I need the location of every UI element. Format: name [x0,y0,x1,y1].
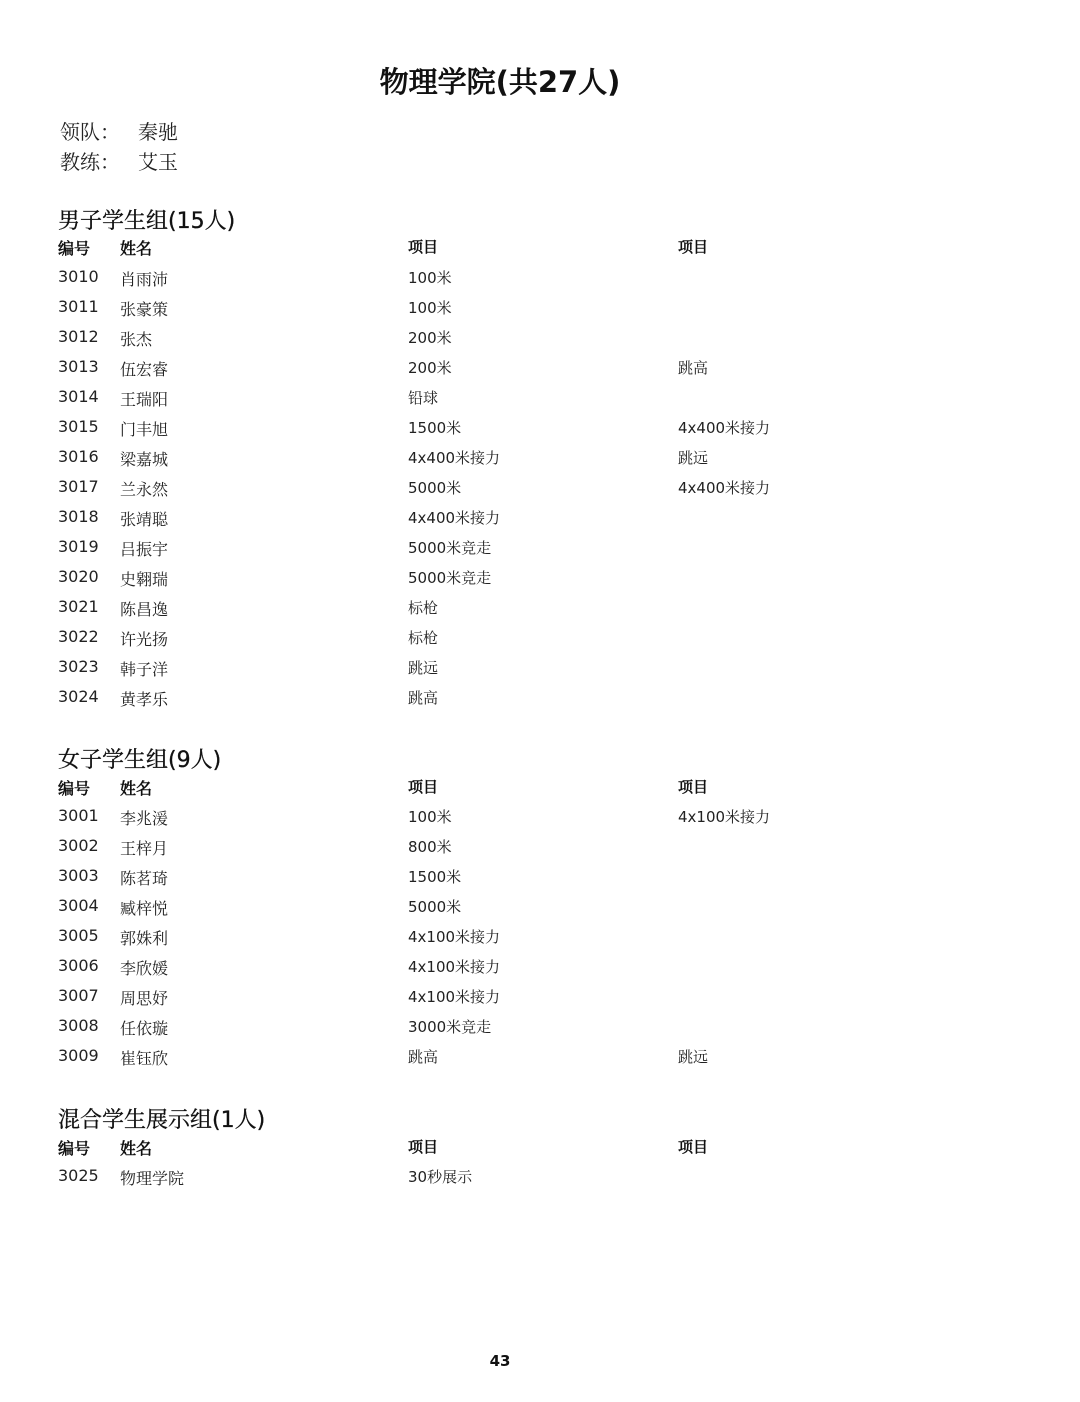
row-name: 李欣媛 [120,956,168,979]
table-row: 3002王梓月800米 [0,836,1080,866]
table-row: 3012张杰200米 [0,327,1080,357]
row-event1: 5000米竞走 [408,537,491,558]
row-name: 张靖聪 [120,507,168,530]
row-id: 3023 [58,657,99,676]
row-event1: 铅球 [408,387,438,408]
table-row: 3010肖雨沛100米 [0,267,1080,297]
row-event1: 200米 [408,357,452,378]
row-event1: 标枪 [408,627,438,648]
row-id: 3022 [58,627,99,646]
row-name: 伍宏睿 [120,357,168,380]
col-id: 编号 [58,236,90,259]
col-name: 姓名 [120,236,152,259]
section-title-mixed: 混合学生展示组(1人) [58,1103,265,1134]
row-event1: 100米 [408,806,452,827]
table-row: 3025物理学院30秒展示 [0,1166,1080,1196]
row-name: 兰永然 [120,477,168,500]
row-id: 3016 [58,447,99,466]
row-name: 张豪策 [120,297,168,320]
table-row: 3015门丰旭1500米4x400米接力 [0,417,1080,447]
table-row: 3011张豪策100米 [0,297,1080,327]
col-name: 姓名 [120,776,152,799]
col-id: 编号 [58,776,90,799]
table-row: 3007周思妤4x100米接力 [0,986,1080,1016]
row-name: 梁嘉城 [120,447,168,470]
page-number: 43 [0,1352,1000,1370]
row-id: 3013 [58,357,99,376]
row-event1: 5000米 [408,477,461,498]
col-event2: 项目 [678,776,708,797]
row-name: 周思妤 [120,986,168,1009]
row-id: 3021 [58,597,99,616]
row-event1: 跳高 [408,687,438,708]
row-name: 史翱瑞 [120,567,168,590]
row-name: 韩子洋 [120,657,168,680]
table-row: 3016梁嘉城4x400米接力跳远 [0,447,1080,477]
table-row: 3021陈昌逸标枪 [0,597,1080,627]
row-id: 3019 [58,537,99,556]
section-title-female: 女子学生组(9人) [58,743,221,774]
coach-name: 艾玉 [138,150,178,174]
row-event1: 100米 [408,267,452,288]
row-id: 3004 [58,896,99,915]
table-row: 3003陈茗琦1500米 [0,866,1080,896]
row-event2: 跳远 [678,1046,708,1067]
table-row: 3009崔钰欣跳高跳远 [0,1046,1080,1076]
row-id: 3005 [58,926,99,945]
table-row: 3001李兆湲100米4x100米接力 [0,806,1080,836]
table-row: 3013伍宏睿200米跳高 [0,357,1080,387]
col-name: 姓名 [120,1136,152,1159]
row-event1: 5000米 [408,896,461,917]
row-id: 3012 [58,327,99,346]
row-id: 3015 [58,417,99,436]
row-id: 3014 [58,387,99,406]
row-event1: 4x400米接力 [408,447,500,468]
row-event1: 4x400米接力 [408,507,500,528]
row-id: 3011 [58,297,99,316]
row-event1: 4x100米接力 [408,986,500,1007]
table-row: 3023韩子洋跳远 [0,657,1080,687]
table-header: 编号 姓名 项目 项目 [0,236,1080,266]
table-header: 编号 姓名 项目 项目 [0,776,1080,806]
row-id: 3006 [58,956,99,975]
row-name: 任依璇 [120,1016,168,1039]
row-id: 3024 [58,687,99,706]
row-name: 臧梓悦 [120,896,168,919]
row-name: 崔钰欣 [120,1046,168,1069]
row-name: 张杰 [120,327,152,350]
col-event1: 项目 [408,776,438,797]
row-event1: 100米 [408,297,452,318]
row-name: 许光扬 [120,627,168,650]
leader-line: 领队：秦驰 [60,116,178,145]
row-id: 3008 [58,1016,99,1035]
section-title-male: 男子学生组(15人) [58,204,235,235]
leader-name: 秦驰 [138,120,178,144]
row-id: 3009 [58,1046,99,1065]
leader-label: 领队： [60,116,138,145]
row-event2: 跳高 [678,357,708,378]
table-row: 3017兰永然5000米4x400米接力 [0,477,1080,507]
table-row: 3006李欣媛4x100米接力 [0,956,1080,986]
row-name: 陈茗琦 [120,866,168,889]
row-id: 3007 [58,986,99,1005]
row-id: 3010 [58,267,99,286]
row-event1: 4x100米接力 [408,956,500,977]
row-event2: 4x400米接力 [678,417,770,438]
row-name: 王瑞阳 [120,387,168,410]
row-id: 3025 [58,1166,99,1185]
row-name: 陈昌逸 [120,597,168,620]
row-name: 门丰旭 [120,417,168,440]
table-row: 3024黄孝乐跳高 [0,687,1080,717]
table-header: 编号 姓名 项目 项目 [0,1136,1080,1166]
row-name: 肖雨沛 [120,267,168,290]
col-event1: 项目 [408,1136,438,1157]
page-title: 物理学院(共27人) [0,60,1000,101]
col-id: 编号 [58,1136,90,1159]
table-row: 3020史翱瑞5000米竞走 [0,567,1080,597]
row-event1: 1500米 [408,866,461,887]
row-event2: 跳远 [678,447,708,468]
row-event1: 3000米竞走 [408,1016,491,1037]
row-name: 物理学院 [120,1166,184,1189]
row-event1: 4x100米接力 [408,926,500,947]
row-event1: 标枪 [408,597,438,618]
col-event2: 项目 [678,236,708,257]
row-name: 王梓月 [120,836,168,859]
row-name: 李兆湲 [120,806,168,829]
col-event1: 项目 [408,236,438,257]
row-event1: 1500米 [408,417,461,438]
row-name: 黄孝乐 [120,687,168,710]
row-name: 吕振宇 [120,537,168,560]
row-event1: 800米 [408,836,452,857]
table-row: 3014王瑞阳铅球 [0,387,1080,417]
row-id: 3020 [58,567,99,586]
row-id: 3017 [58,477,99,496]
table-row: 3019吕振宇5000米竞走 [0,537,1080,567]
row-event1: 跳高 [408,1046,438,1067]
row-id: 3002 [58,836,99,855]
coach-label: 教练： [60,146,138,175]
col-event2: 项目 [678,1136,708,1157]
table-row: 3022许光扬标枪 [0,627,1080,657]
row-id: 3001 [58,806,99,825]
row-event1: 5000米竞走 [408,567,491,588]
table-row: 3004臧梓悦5000米 [0,896,1080,926]
table-row: 3005郭姝利4x100米接力 [0,926,1080,956]
row-name: 郭姝利 [120,926,168,949]
row-event1: 跳远 [408,657,438,678]
coach-line: 教练：艾玉 [60,146,178,175]
table-row: 3018张靖聪4x400米接力 [0,507,1080,537]
row-id: 3003 [58,866,99,885]
row-event2: 4x400米接力 [678,477,770,498]
row-event1: 200米 [408,327,452,348]
table-row: 3008任依璇3000米竞走 [0,1016,1080,1046]
row-event1: 30秒展示 [408,1166,472,1187]
row-event2: 4x100米接力 [678,806,770,827]
row-id: 3018 [58,507,99,526]
